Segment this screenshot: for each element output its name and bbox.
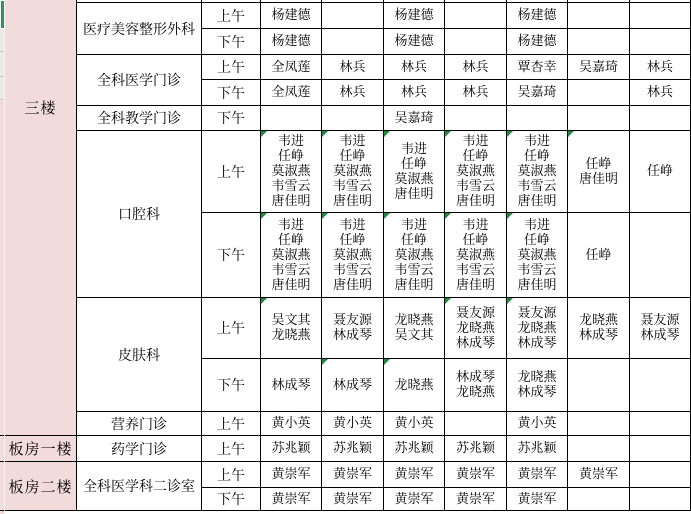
session-label: 上午 (217, 6, 245, 26)
schedule-cell[interactable]: 黄小英 (261, 412, 322, 436)
doctor-name: 任峥 (585, 248, 611, 263)
doctor-name: 林兵 (339, 85, 365, 100)
schedule-cell[interactable] (507, 106, 568, 131)
doctor-name: 黄崇军 (517, 492, 556, 507)
session-cell[interactable]: 上午 (202, 55, 261, 80)
doctor-name: 聂友源 (517, 306, 556, 321)
session-label: 下午 (217, 83, 245, 103)
session-label: 下午 (217, 108, 245, 128)
schedule-cell[interactable] (568, 80, 630, 106)
doctor-name: 聂友源 (456, 306, 495, 321)
schedule-cell[interactable] (568, 106, 630, 131)
doctor-name: 杨建德 (394, 34, 433, 49)
schedule-cell[interactable]: 韦进任峥莫淑燕韦雪云唐佳明 (507, 131, 568, 213)
doctor-name: 苏兆颖 (394, 441, 433, 456)
doctor-name: 黄崇军 (333, 467, 372, 482)
schedule-cell[interactable]: 苏兆颖 (384, 436, 445, 462)
doctor-name: 韦进 (462, 218, 488, 233)
schedule-cell[interactable]: 黄崇军 (261, 462, 322, 488)
spreadsheet-screenshot: 三楼医疗美容整形外科上午杨建德杨建德杨建德下午杨建德杨建德杨建德全科医学门诊上午… (0, 0, 691, 514)
schedule-cell[interactable] (445, 3, 507, 29)
session-label: 上午 (217, 57, 245, 77)
doctor-name: 唐佳明 (394, 187, 433, 202)
doctor-name: 韦雪云 (394, 263, 433, 278)
doctor-name: 林成琴 (640, 328, 679, 343)
session-cell[interactable]: 上午 (202, 131, 261, 213)
schedule-cell[interactable]: 龙晓燕吴文其 (384, 298, 445, 359)
error-flag-icon (261, 213, 267, 219)
doctor-name: 全凤莲 (271, 60, 310, 75)
doctor-name: 韦雪云 (333, 263, 372, 278)
schedule-cell[interactable]: 韦进任峥莫淑燕韦雪云唐佳明 (261, 213, 322, 298)
schedule-cell[interactable]: 苏兆颖 (445, 436, 507, 462)
schedule-cell[interactable]: 韦进任峥莫淑燕韦雪云唐佳明 (445, 131, 507, 213)
session-label: 上午 (217, 465, 245, 485)
schedule-cell[interactable]: 林兵 (322, 80, 384, 106)
doctor-name: 林兵 (647, 85, 673, 100)
department-label: 营养门诊 (111, 414, 167, 434)
schedule-cell[interactable]: 杨建德 (507, 29, 568, 55)
doctor-name: 韦雪云 (456, 263, 495, 278)
doctor-name: 韦进 (524, 134, 550, 149)
doctor-name: 任峥 (585, 157, 611, 172)
doctor-name: 莫淑燕 (271, 248, 310, 263)
department-label: 药学门诊 (111, 439, 167, 459)
session-label: 下午 (217, 375, 245, 395)
schedule-cell[interactable] (630, 436, 691, 462)
doctor-name: 龙晓燕 (579, 313, 618, 328)
schedule-cell[interactable] (630, 412, 691, 436)
doctor-name: 龙晓燕 (517, 370, 556, 385)
doctor-name: 韦雪云 (271, 179, 310, 194)
schedule-cell[interactable]: 林兵 (630, 55, 691, 80)
error-flag-icon (322, 359, 328, 365)
session-cell[interactable]: 上午 (202, 3, 261, 29)
schedule-cell[interactable]: 聂友源林成琴 (630, 298, 691, 359)
schedule-cell[interactable] (568, 359, 630, 412)
doctor-name: 黄崇军 (394, 467, 433, 482)
schedule-cell[interactable]: 林兵 (445, 55, 507, 80)
department-cell[interactable]: 全科教学门诊 (77, 106, 202, 131)
department-label: 全科医学门诊 (97, 70, 181, 90)
schedule-cell[interactable]: 苏兆颖 (261, 436, 322, 462)
doctor-name: 莫淑燕 (456, 248, 495, 263)
doctor-name: 龙晓燕 (394, 313, 433, 328)
doctor-name: 任峥 (339, 149, 365, 164)
doctor-name: 黄崇军 (579, 467, 618, 482)
department-label: 皮肤科 (118, 345, 160, 365)
schedule-cell[interactable]: 黄小英 (322, 412, 384, 436)
schedule-cell[interactable] (630, 462, 691, 488)
schedule-cell[interactable]: 聂友源林成琴 (322, 298, 384, 359)
session-cell[interactable]: 上午 (202, 462, 261, 488)
doctor-name: 任峥 (339, 233, 365, 248)
schedule-cell[interactable]: 任峥 (568, 213, 630, 298)
floor-cell[interactable]: 板房一楼 (5, 436, 77, 462)
session-cell[interactable]: 下午 (202, 106, 261, 131)
schedule-cell[interactable] (630, 106, 691, 131)
doctor-name: 韦雪云 (517, 263, 556, 278)
schedule-cell[interactable]: 黄崇军 (322, 488, 384, 511)
doctor-name: 龙晓燕 (394, 378, 433, 393)
schedule-cell[interactable]: 杨建德 (261, 29, 322, 55)
doctor-name: 全凤莲 (271, 85, 310, 100)
doctor-name: 苏兆颖 (271, 441, 310, 456)
schedule-cell[interactable]: 林兵 (322, 55, 384, 80)
schedule-cell[interactable]: 林兵 (384, 55, 445, 80)
doctor-name: 黄小英 (271, 416, 310, 431)
floor-cell[interactable]: 三楼 (5, 0, 77, 436)
doctor-name: 任峥 (401, 233, 427, 248)
doctor-name: 唐佳明 (271, 278, 310, 293)
schedule-cell[interactable]: 吴嘉琦 (568, 55, 630, 80)
doctor-name: 吴文其 (271, 313, 310, 328)
doctor-name: 林成琴 (517, 385, 556, 400)
doctor-name: 韦进 (524, 218, 550, 233)
schedule-cell[interactable]: 黄崇军 (384, 462, 445, 488)
schedule-cell[interactable] (568, 436, 630, 462)
schedule-cell[interactable] (445, 412, 507, 436)
schedule-cell[interactable]: 韦进任峥莫淑燕韦雪云唐佳明 (322, 131, 384, 213)
floor-label: 板房一楼 (8, 438, 72, 459)
doctor-name: 林兵 (401, 85, 427, 100)
doctor-name: 林兵 (462, 85, 488, 100)
doctor-name: 唐佳明 (394, 278, 433, 293)
doctor-name: 黄崇军 (456, 467, 495, 482)
doctor-name: 任峥 (524, 233, 550, 248)
department-cell[interactable]: 皮肤科 (77, 298, 202, 412)
schedule-cell[interactable]: 黄崇军 (384, 488, 445, 511)
department-label: 口腔科 (118, 204, 160, 224)
doctor-name: 林成琴 (271, 378, 310, 393)
doctor-name: 唐佳明 (271, 194, 310, 209)
doctor-name: 黄小英 (394, 416, 433, 431)
error-flag-icon (507, 213, 513, 219)
doctor-name: 唐佳明 (517, 194, 556, 209)
schedule-cell[interactable]: 韦进任峥莫淑燕唐佳明 (384, 131, 445, 213)
schedule-cell[interactable]: 杨建德 (507, 3, 568, 29)
doctor-name: 莫淑燕 (333, 164, 372, 179)
doctor-name: 黄崇军 (271, 492, 310, 507)
error-flag-icon (445, 131, 451, 137)
doctor-name: 莫淑燕 (517, 164, 556, 179)
schedule-cell[interactable]: 韦进任峥莫淑燕韦雪云唐佳明 (507, 213, 568, 298)
doctor-name: 莫淑燕 (271, 164, 310, 179)
doctor-name: 黄崇军 (394, 492, 433, 507)
schedule-cell[interactable]: 聂友源龙晓燕林成琴 (445, 298, 507, 359)
error-flag-icon (507, 131, 513, 137)
schedule-cell[interactable]: 龙晓燕林成琴 (568, 298, 630, 359)
doctor-name: 莫淑燕 (333, 248, 372, 263)
doctor-name: 莫淑燕 (456, 164, 495, 179)
department-cell[interactable]: 医疗美容整形外科 (77, 3, 202, 55)
error-flag-icon (261, 131, 267, 137)
department-cell[interactable]: 全科医学门诊 (77, 55, 202, 106)
schedule-cell[interactable]: 黄崇军 (507, 488, 568, 511)
department-label: 全科教学门诊 (97, 108, 181, 128)
department-label: 全科医学科二诊室 (83, 476, 195, 496)
schedule-cell[interactable] (261, 106, 322, 131)
doctor-name: 黄崇军 (517, 467, 556, 482)
session-cell[interactable]: 下午 (202, 359, 261, 412)
schedule-cell[interactable]: 杨建德 (261, 3, 322, 29)
doctor-name: 韦进 (462, 134, 488, 149)
error-flag-icon (445, 213, 451, 219)
error-flag-icon (261, 298, 267, 304)
doctor-name: 莫淑燕 (394, 248, 433, 263)
schedule-cell[interactable] (445, 106, 507, 131)
doctor-name: 黄小英 (517, 416, 556, 431)
doctor-name: 韦雪云 (456, 179, 495, 194)
doctor-name: 韦进 (401, 142, 427, 157)
doctor-name: 任峥 (278, 233, 304, 248)
schedule-cell[interactable] (630, 29, 691, 55)
doctor-name: 唐佳明 (333, 194, 372, 209)
doctor-name: 苏兆颖 (456, 441, 495, 456)
doctor-name: 林成琴 (333, 328, 372, 343)
doctor-name: 龙晓燕 (271, 328, 310, 343)
department-label: 医疗美容整形外科 (83, 19, 195, 39)
doctor-name: 吴嘉琦 (517, 85, 556, 100)
schedule-cell[interactable] (568, 488, 630, 511)
doctor-name: 任峥 (524, 149, 550, 164)
doctor-name: 林兵 (401, 60, 427, 75)
doctor-name: 韦进 (339, 134, 365, 149)
doctor-name: 唐佳明 (456, 278, 495, 293)
schedule-cell[interactable]: 韦进任峥莫淑燕韦雪云唐佳明 (261, 131, 322, 213)
session-cell[interactable]: 下午 (202, 29, 261, 55)
doctor-name: 杨建德 (271, 34, 310, 49)
department-cell[interactable]: 口腔科 (77, 131, 202, 298)
schedule-cell[interactable]: 林成琴龙晓燕 (445, 359, 507, 412)
doctor-name: 林成琴 (456, 370, 495, 385)
schedule-cell[interactable]: 吴文其龙晓燕 (261, 298, 322, 359)
schedule-cell[interactable]: 黄崇军 (568, 462, 630, 488)
schedule-cell[interactable]: 苏兆颖 (322, 436, 384, 462)
schedule-cell[interactable]: 黄崇军 (445, 462, 507, 488)
schedule-cell[interactable]: 韦进任峥莫淑燕韦雪云唐佳明 (445, 213, 507, 298)
session-cell[interactable]: 上午 (202, 412, 261, 436)
schedule-cell[interactable]: 林成琴 (322, 359, 384, 412)
doctor-name: 任峥 (401, 157, 427, 172)
doctor-name: 杨建德 (517, 8, 556, 23)
schedule-cell[interactable]: 任峥 (630, 131, 691, 213)
doctor-name: 覃杏幸 (517, 60, 556, 75)
schedule-cell[interactable] (568, 3, 630, 29)
schedule-cell[interactable]: 黄崇军 (507, 462, 568, 488)
doctor-name: 吴嘉琦 (394, 111, 433, 126)
department-cell[interactable]: 全科医学科二诊室 (77, 462, 202, 511)
doctor-name: 杨建德 (517, 34, 556, 49)
doctor-name: 任峥 (647, 164, 673, 179)
schedule-cell[interactable]: 苏兆颖 (507, 436, 568, 462)
session-label: 下午 (217, 32, 245, 52)
schedule-cell[interactable]: 林兵 (445, 80, 507, 106)
doctor-name: 林兵 (647, 60, 673, 75)
doctor-name: 唐佳明 (517, 278, 556, 293)
error-flag-icon (322, 213, 328, 219)
schedule-grid: 三楼医疗美容整形外科上午杨建德杨建德杨建德下午杨建德杨建德杨建德全科医学门诊上午… (5, 0, 691, 514)
doctor-name: 林成琴 (517, 336, 556, 351)
schedule-cell[interactable] (445, 29, 507, 55)
schedule-cell[interactable] (630, 213, 691, 298)
doctor-name: 苏兆颖 (517, 441, 556, 456)
error-flag-icon (322, 131, 328, 137)
schedule-cell[interactable]: 聂友源龙晓燕林成琴 (507, 298, 568, 359)
schedule-cell[interactable] (568, 29, 630, 55)
doctor-name: 唐佳明 (456, 194, 495, 209)
session-cell[interactable]: 下午 (202, 488, 261, 511)
schedule-cell[interactable]: 林兵 (630, 80, 691, 106)
doctor-name: 韦进 (278, 218, 304, 233)
schedule-cell[interactable] (630, 488, 691, 511)
schedule-cell[interactable]: 林成琴 (261, 359, 322, 412)
doctor-name: 林兵 (339, 60, 365, 75)
schedule-cell[interactable] (322, 106, 384, 131)
doctor-name: 吴文其 (394, 328, 433, 343)
session-label: 上午 (217, 162, 245, 182)
doctor-name: 唐佳明 (333, 278, 372, 293)
doctor-name: 林成琴 (333, 378, 372, 393)
doctor-name: 任峥 (462, 149, 488, 164)
schedule-cell[interactable] (322, 29, 384, 55)
schedule-cell[interactable]: 黄崇军 (261, 488, 322, 511)
schedule-cell[interactable] (568, 412, 630, 436)
schedule-cell[interactable]: 吴嘉琦 (507, 80, 568, 106)
doctor-name: 莫淑燕 (394, 172, 433, 187)
schedule-cell[interactable]: 韦进任峥莫淑燕韦雪云唐佳明 (322, 213, 384, 298)
error-flag-icon (445, 298, 451, 304)
session-label: 上午 (217, 318, 245, 338)
doctor-name: 韦进 (278, 134, 304, 149)
schedule-cell[interactable] (322, 3, 384, 29)
session-label: 上午 (217, 439, 245, 459)
session-label: 下午 (217, 489, 245, 509)
doctor-name: 任峥 (462, 233, 488, 248)
schedule-cell[interactable]: 韦进任峥莫淑燕韦雪云唐佳明 (384, 213, 445, 298)
error-flag-icon (384, 359, 390, 365)
session-cell[interactable]: 下午 (202, 80, 261, 106)
schedule-cell[interactable]: 任峥唐佳明 (568, 131, 630, 213)
doctor-name: 韦雪云 (517, 179, 556, 194)
schedule-cell[interactable]: 黄小英 (384, 412, 445, 436)
schedule-cell[interactable]: 黄崇军 (322, 462, 384, 488)
schedule-cell[interactable]: 吴嘉琦 (384, 106, 445, 131)
doctor-name: 莫淑燕 (517, 248, 556, 263)
schedule-cell[interactable]: 覃杏幸 (507, 55, 568, 80)
department-cell[interactable]: 营养门诊 (77, 412, 202, 436)
doctor-name: 苏兆颖 (333, 441, 372, 456)
session-label: 上午 (217, 414, 245, 434)
schedule-cell[interactable]: 黄小英 (507, 412, 568, 436)
error-flag-icon (568, 131, 574, 137)
schedule-cell[interactable]: 黄崇军 (445, 488, 507, 511)
floor-label: 三楼 (24, 97, 56, 118)
doctor-name: 龙晓燕 (456, 321, 495, 336)
doctor-name: 杨建德 (271, 8, 310, 23)
schedule-cell[interactable]: 龙晓燕 (384, 359, 445, 412)
error-flag-icon (384, 131, 390, 137)
doctor-name: 黄小英 (333, 416, 372, 431)
schedule-cell[interactable]: 全凤莲 (261, 80, 322, 106)
error-flag-icon (384, 213, 390, 219)
doctor-name: 任峥 (278, 149, 304, 164)
doctor-name: 聂友源 (333, 313, 372, 328)
schedule-cell[interactable]: 龙晓燕林成琴 (507, 359, 568, 412)
session-label: 下午 (217, 245, 245, 265)
doctor-name: 黄崇军 (456, 492, 495, 507)
doctor-name: 龙晓燕 (517, 321, 556, 336)
schedule-cell[interactable]: 杨建德 (384, 3, 445, 29)
session-cell[interactable]: 上午 (202, 436, 261, 462)
schedule-cell[interactable]: 杨建德 (384, 29, 445, 55)
doctor-name: 韦雪云 (271, 263, 310, 278)
doctor-name: 韦进 (339, 218, 365, 233)
doctor-name: 唐佳明 (579, 172, 618, 187)
session-cell[interactable]: 下午 (202, 213, 261, 298)
doctor-name: 吴嘉琦 (579, 60, 618, 75)
floor-label: 板房二楼 (8, 476, 72, 497)
schedule-cell[interactable] (630, 359, 691, 412)
doctor-name: 黄崇军 (271, 467, 310, 482)
floor-cell[interactable]: 板房二楼 (5, 462, 77, 511)
doctor-name: 林成琴 (456, 336, 495, 351)
department-cell[interactable]: 药学门诊 (77, 436, 202, 462)
doctor-name: 林兵 (462, 60, 488, 75)
error-flag-icon (507, 298, 513, 304)
doctor-name: 杨建德 (394, 8, 433, 23)
session-cell[interactable]: 上午 (202, 298, 261, 359)
schedule-cell[interactable] (630, 3, 691, 29)
schedule-cell[interactable]: 林兵 (384, 80, 445, 106)
doctor-name: 龙晓燕 (456, 385, 495, 400)
doctor-name: 黄崇军 (333, 492, 372, 507)
doctor-name: 林成琴 (579, 328, 618, 343)
doctor-name: 韦进 (401, 218, 427, 233)
doctor-name: 聂友源 (640, 313, 679, 328)
schedule-cell[interactable]: 全凤莲 (261, 55, 322, 80)
doctor-name: 韦雪云 (333, 179, 372, 194)
